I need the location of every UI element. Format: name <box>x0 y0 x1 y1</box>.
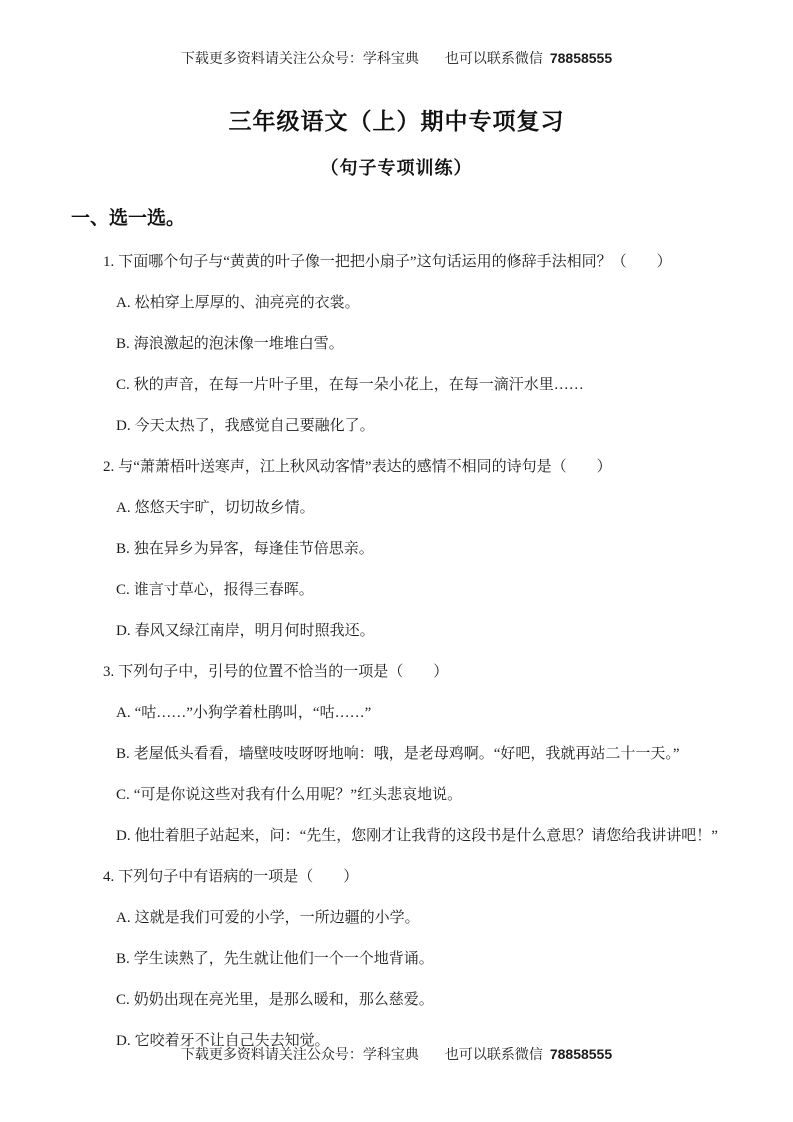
question-block: 1.下面哪个句子与“黄黄的叶子像一把把小扇子”这句话运用的修辞手法相同？（ ）A… <box>103 254 753 435</box>
question-block: 2.与“萧萧梧叶送寒声，江上秋风动客情”表达的感情不相同的诗句是（ ）A.悠悠天… <box>103 459 753 640</box>
option-text: “咕……”小狗学着杜鹃叫，“咕……” <box>135 705 372 721</box>
option-label: A. <box>116 910 131 926</box>
option: C.谁言寸草心，报得三春晖。 <box>116 582 753 599</box>
question-text: 3.下列句子中，引号的位置不恰当的一项是（ ） <box>103 664 753 681</box>
option-label: B. <box>116 336 130 352</box>
option: D.春风又绿江南岸，明月何时照我还。 <box>116 623 753 640</box>
option: C.奶奶出现在亮光里，是那么暖和，那么慈爱。 <box>116 992 753 1009</box>
option-text: 他壮着胆子站起来，问：“先生，您刚才让我背的这段书是什么意思？请您给我讲讲吧！” <box>135 828 718 844</box>
questions-list: 1.下面哪个句子与“黄黄的叶子像一把把小扇子”这句话运用的修辞手法相同？（ ）A… <box>103 254 753 1050</box>
option-text: 学生读熟了，先生就让他们一个一个地背诵。 <box>134 951 434 967</box>
option-label: A. <box>116 705 131 721</box>
header-note-prefix: 下载更多资料请关注公众号：学科宝典 <box>181 52 419 67</box>
option-text: 这就是我们可爱的小学，一所边疆的小学。 <box>135 910 420 926</box>
question-stem: 下列句子中有语病的一项是（ ） <box>118 869 358 885</box>
option-label: B. <box>116 951 130 967</box>
option-label: D. <box>116 623 131 639</box>
option-label: C. <box>116 787 130 803</box>
question-text: 2.与“萧萧梧叶送寒声，江上秋风动客情”表达的感情不相同的诗句是（ ） <box>103 459 753 476</box>
footer-note: 下载更多资料请关注公众号：学科宝典也可以联系微信78858555 <box>0 1044 793 1064</box>
option-text: 悠悠天宇旷，切切故乡情。 <box>135 500 315 516</box>
option-label: A. <box>116 500 131 516</box>
header-contact-number: 78858555 <box>550 50 612 66</box>
question-block: 3.下列句子中，引号的位置不恰当的一项是（ ）A.“咕……”小狗学着杜鹃叫，“咕… <box>103 664 753 845</box>
option-label: D. <box>116 418 131 434</box>
option-label: B. <box>116 746 130 762</box>
option-text: 秋的声音，在每一片叶子里，在每一朵小花上，在每一滴汗水里…… <box>134 377 584 393</box>
question-number: 1. <box>103 254 114 270</box>
option: C.“可是你说这些对我有什么用呢？”红头悲哀地说。 <box>116 787 753 804</box>
option: A.“咕……”小狗学着杜鹃叫，“咕……” <box>116 705 753 722</box>
question-block: 4.下列句子中有语病的一项是（ ）A.这就是我们可爱的小学，一所边疆的小学。B.… <box>103 869 753 1050</box>
option-text: 今天太热了，我感觉自己要融化了。 <box>135 418 375 434</box>
footer-note-middle: 也可以联系微信 <box>445 1048 543 1063</box>
question-number: 2. <box>103 459 114 475</box>
header-note: 下载更多资料请关注公众号：学科宝典也可以联系微信78858555 <box>0 0 793 68</box>
option: B.老屋低头看看，墙壁吱吱呀呀地响：哦，是老母鸡啊。“好吧，我就再站二十一天。” <box>116 746 753 763</box>
option-text: 奶奶出现在亮光里，是那么暖和，那么慈爱。 <box>134 992 434 1008</box>
option: A.松柏穿上厚厚的、油亮亮的衣裳。 <box>116 295 753 312</box>
footer-note-prefix: 下载更多资料请关注公众号：学科宝典 <box>181 1048 419 1063</box>
footer-contact-number: 78858555 <box>550 1046 612 1062</box>
option: B.海浪激起的泡沫像一堆堆白雪。 <box>116 336 753 353</box>
page-title: 三年级语文（上）期中专项复习 <box>0 103 793 136</box>
option-text: “可是你说这些对我有什么用呢？”红头悲哀地说。 <box>134 787 462 803</box>
page-subtitle: （句子专项训练） <box>0 154 793 180</box>
option-label: C. <box>116 377 130 393</box>
option-text: 海浪激起的泡沫像一堆堆白雪。 <box>134 336 344 352</box>
question-text: 4.下列句子中有语病的一项是（ ） <box>103 869 753 886</box>
option: B.学生读熟了，先生就让他们一个一个地背诵。 <box>116 951 753 968</box>
question-stem: 与“萧萧梧叶送寒声，江上秋风动客情”表达的感情不相同的诗句是（ ） <box>118 459 611 475</box>
option: D.今天太热了，我感觉自己要融化了。 <box>116 418 753 435</box>
section-heading: 一、选一选。 <box>71 203 793 230</box>
option: C.秋的声音，在每一片叶子里，在每一朵小花上，在每一滴汗水里…… <box>116 377 753 394</box>
question-number: 4. <box>103 869 114 885</box>
option-text: 春风又绿江南岸，明月何时照我还。 <box>135 623 375 639</box>
document-page: 下载更多资料请关注公众号：学科宝典也可以联系微信78858555 三年级语文（上… <box>0 0 793 1122</box>
option: A.这就是我们可爱的小学，一所边疆的小学。 <box>116 910 753 927</box>
option-label: C. <box>116 992 130 1008</box>
option-label: A. <box>116 295 131 311</box>
option-label: D. <box>116 828 131 844</box>
question-stem: 下面哪个句子与“黄黄的叶子像一把把小扇子”这句话运用的修辞手法相同？（ ） <box>118 254 671 270</box>
option-label: C. <box>116 582 130 598</box>
option: A.悠悠天宇旷，切切故乡情。 <box>116 500 753 517</box>
question-stem: 下列句子中，引号的位置不恰当的一项是（ ） <box>118 664 448 680</box>
header-note-middle: 也可以联系微信 <box>445 52 543 67</box>
option-text: 谁言寸草心，报得三春晖。 <box>134 582 314 598</box>
option: D.他壮着胆子站起来，问：“先生，您刚才让我背的这段书是什么意思？请您给我讲讲吧… <box>116 828 753 845</box>
question-text: 1.下面哪个句子与“黄黄的叶子像一把把小扇子”这句话运用的修辞手法相同？（ ） <box>103 254 753 271</box>
option-text: 老屋低头看看，墙壁吱吱呀呀地响：哦，是老母鸡啊。“好吧，我就再站二十一天。” <box>134 746 680 762</box>
question-number: 3. <box>103 664 114 680</box>
option-text: 独在异乡为异客，每逢佳节倍思亲。 <box>134 541 374 557</box>
option-label: B. <box>116 541 130 557</box>
option: B.独在异乡为异客，每逢佳节倍思亲。 <box>116 541 753 558</box>
option-text: 松柏穿上厚厚的、油亮亮的衣裳。 <box>135 295 360 311</box>
